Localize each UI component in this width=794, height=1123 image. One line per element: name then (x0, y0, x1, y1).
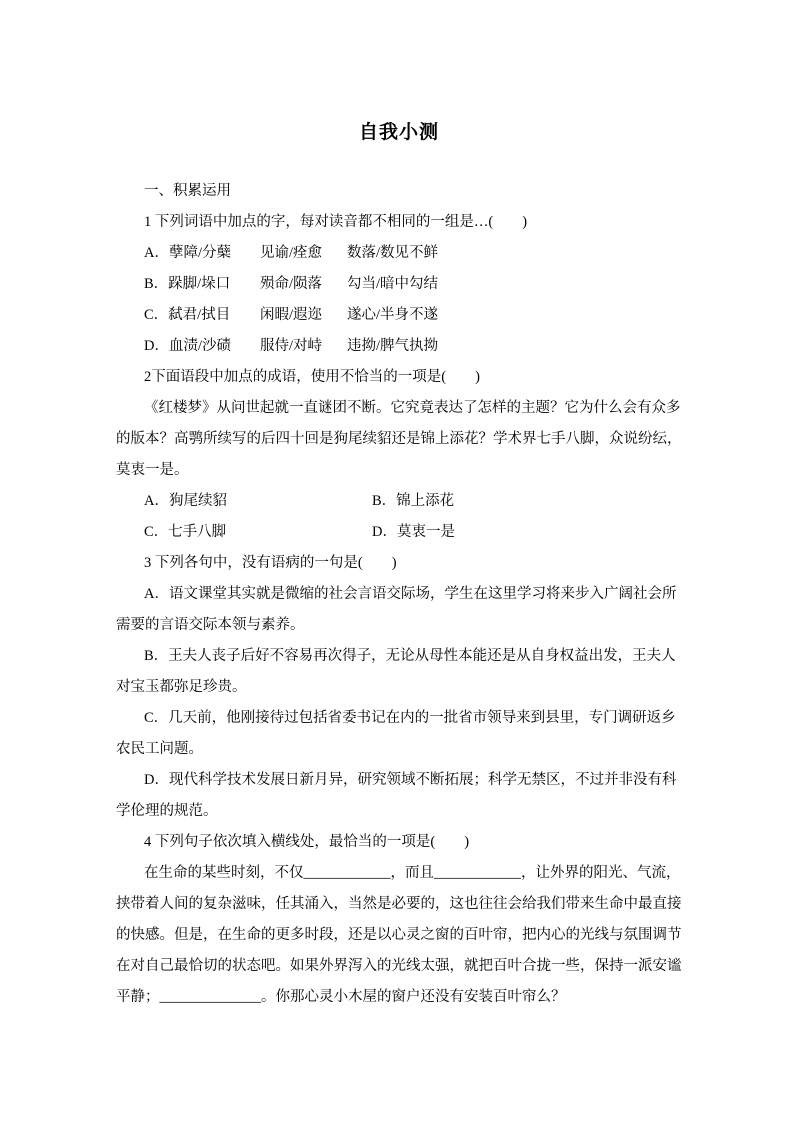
document-page: 自我小测 一、积累运用 1 下列词语中加点的字，每对读音都不相同的一组是…( )… (0, 0, 794, 1123)
question-1-option-c: C．弑君/拭目闲暇/遐迩遂心/半身不遂 (116, 300, 682, 331)
question-2-passage-line: 的版本？高鹗所续写的后四十回是狗尾续貂还是锦上添花？学术界七手八脚，众说纷纭， (116, 424, 682, 455)
option-cell: A．狗尾续貂 (144, 486, 372, 517)
option-cell: 数落/数见不鲜 (347, 238, 438, 269)
option-cell: D．血渍/沙碛 (144, 331, 260, 362)
option-cell: 服侍/对峙 (260, 331, 347, 362)
option-cell: 违拗/脾气执拗 (347, 331, 438, 362)
option-cell: B．锦上添花 (372, 486, 454, 517)
question-2-passage-line: 《红楼梦》从问世起就一直谜团不断。它究竟表达了怎样的主题？它为什么会有众多 (116, 393, 682, 424)
question-4-passage-line: 在生命的某些时刻，不仅____________，而且____________，让… (116, 858, 682, 889)
document-body: 一、积累运用 1 下列词语中加点的字，每对读音都不相同的一组是…( ) A．孽障… (116, 176, 682, 1013)
question-3-stem: 3 下列各句中，没有语病的一句是( ) (116, 548, 682, 579)
question-3-option-a-line2: 需要的言语交际本领与素养。 (116, 610, 682, 641)
question-3-option-b-line2: 对宝玉都弥足珍贵。 (116, 672, 682, 703)
option-cell: 殒命/陨落 (260, 269, 347, 300)
question-3-option-c-line1: C．几天前，他刚接待过包括省委书记在内的一批省市领导来到县里，专门调研返乡 (116, 703, 682, 734)
question-1-stem: 1 下列词语中加点的字，每对读音都不相同的一组是…( ) (116, 207, 682, 238)
option-cell: A．孽障/分蘖 (144, 238, 260, 269)
question-4-passage-line: 挟带着人间的复杂滋味，任其涌入，当然是必要的，这也往往会给我们带来生命中最直接 (116, 889, 682, 920)
question-3-option-c-line2: 农民工问题。 (116, 734, 682, 765)
option-cell: D．莫衷一是 (372, 517, 455, 548)
question-1-option-d: D．血渍/沙碛服侍/对峙违拗/脾气执拗 (116, 331, 682, 362)
question-3-option-b-line1: B．王夫人丧子后好不容易再次得子，无论从母性本能还是从自身权益出发，王夫人 (116, 641, 682, 672)
page-title: 自我小测 (116, 121, 682, 145)
question-2-options-row-ab: A．狗尾续貂B．锦上添花 (116, 486, 682, 517)
option-cell: C．弑君/拭目 (144, 300, 260, 331)
question-4-passage-line: 平静；______________。你那心灵小木屋的窗户还没有安装百叶帘么？ (116, 982, 682, 1013)
question-3-option-a-line1: A．语文课堂其实就是微缩的社会言语交际场，学生在这里学习将来步入广阔社会所 (116, 579, 682, 610)
question-3-option-d-line2: 学伦理的规范。 (116, 796, 682, 827)
question-4-passage-line: 在对自己最恰切的状态吧。如果外界泻入的光线太强，就把百叶合拢一些，保持一派安谧 (116, 951, 682, 982)
question-4-passage-line: 的快感。但是，在生命的更多时段，还是以心灵之窗的百叶帘，把内心的光线与氛围调节 (116, 920, 682, 951)
question-4-stem: 4 下列句子依次填入横线处，最恰当的一项是( ) (116, 827, 682, 858)
question-2-stem: 2下面语段中加点的成语，使用不恰当的一项是( ) (116, 362, 682, 393)
option-cell: 遂心/半身不遂 (347, 300, 438, 331)
option-cell: 闲暇/遐迩 (260, 300, 347, 331)
question-3-option-d-line1: D．现代科学技术发展日新月异，研究领域不断拓展；科学无禁区，不过并非没有科 (116, 765, 682, 796)
question-2-options-row-cd: C．七手八脚D．莫衷一是 (116, 517, 682, 548)
question-2-passage-line: 莫衷一是。 (116, 455, 682, 486)
section-heading: 一、积累运用 (116, 176, 682, 207)
question-1-option-a: A．孽障/分蘖见谕/痊愈数落/数见不鲜 (116, 238, 682, 269)
option-cell: 见谕/痊愈 (260, 238, 347, 269)
question-1-option-b: B．跺脚/垛口殒命/陨落勾当/暗中勾结 (116, 269, 682, 300)
option-cell: 勾当/暗中勾结 (347, 269, 438, 300)
document-content: 自我小测 一、积累运用 1 下列词语中加点的字，每对读音都不相同的一组是…( )… (116, 0, 682, 1013)
option-cell: B．跺脚/垛口 (144, 269, 260, 300)
option-cell: C．七手八脚 (144, 517, 372, 548)
